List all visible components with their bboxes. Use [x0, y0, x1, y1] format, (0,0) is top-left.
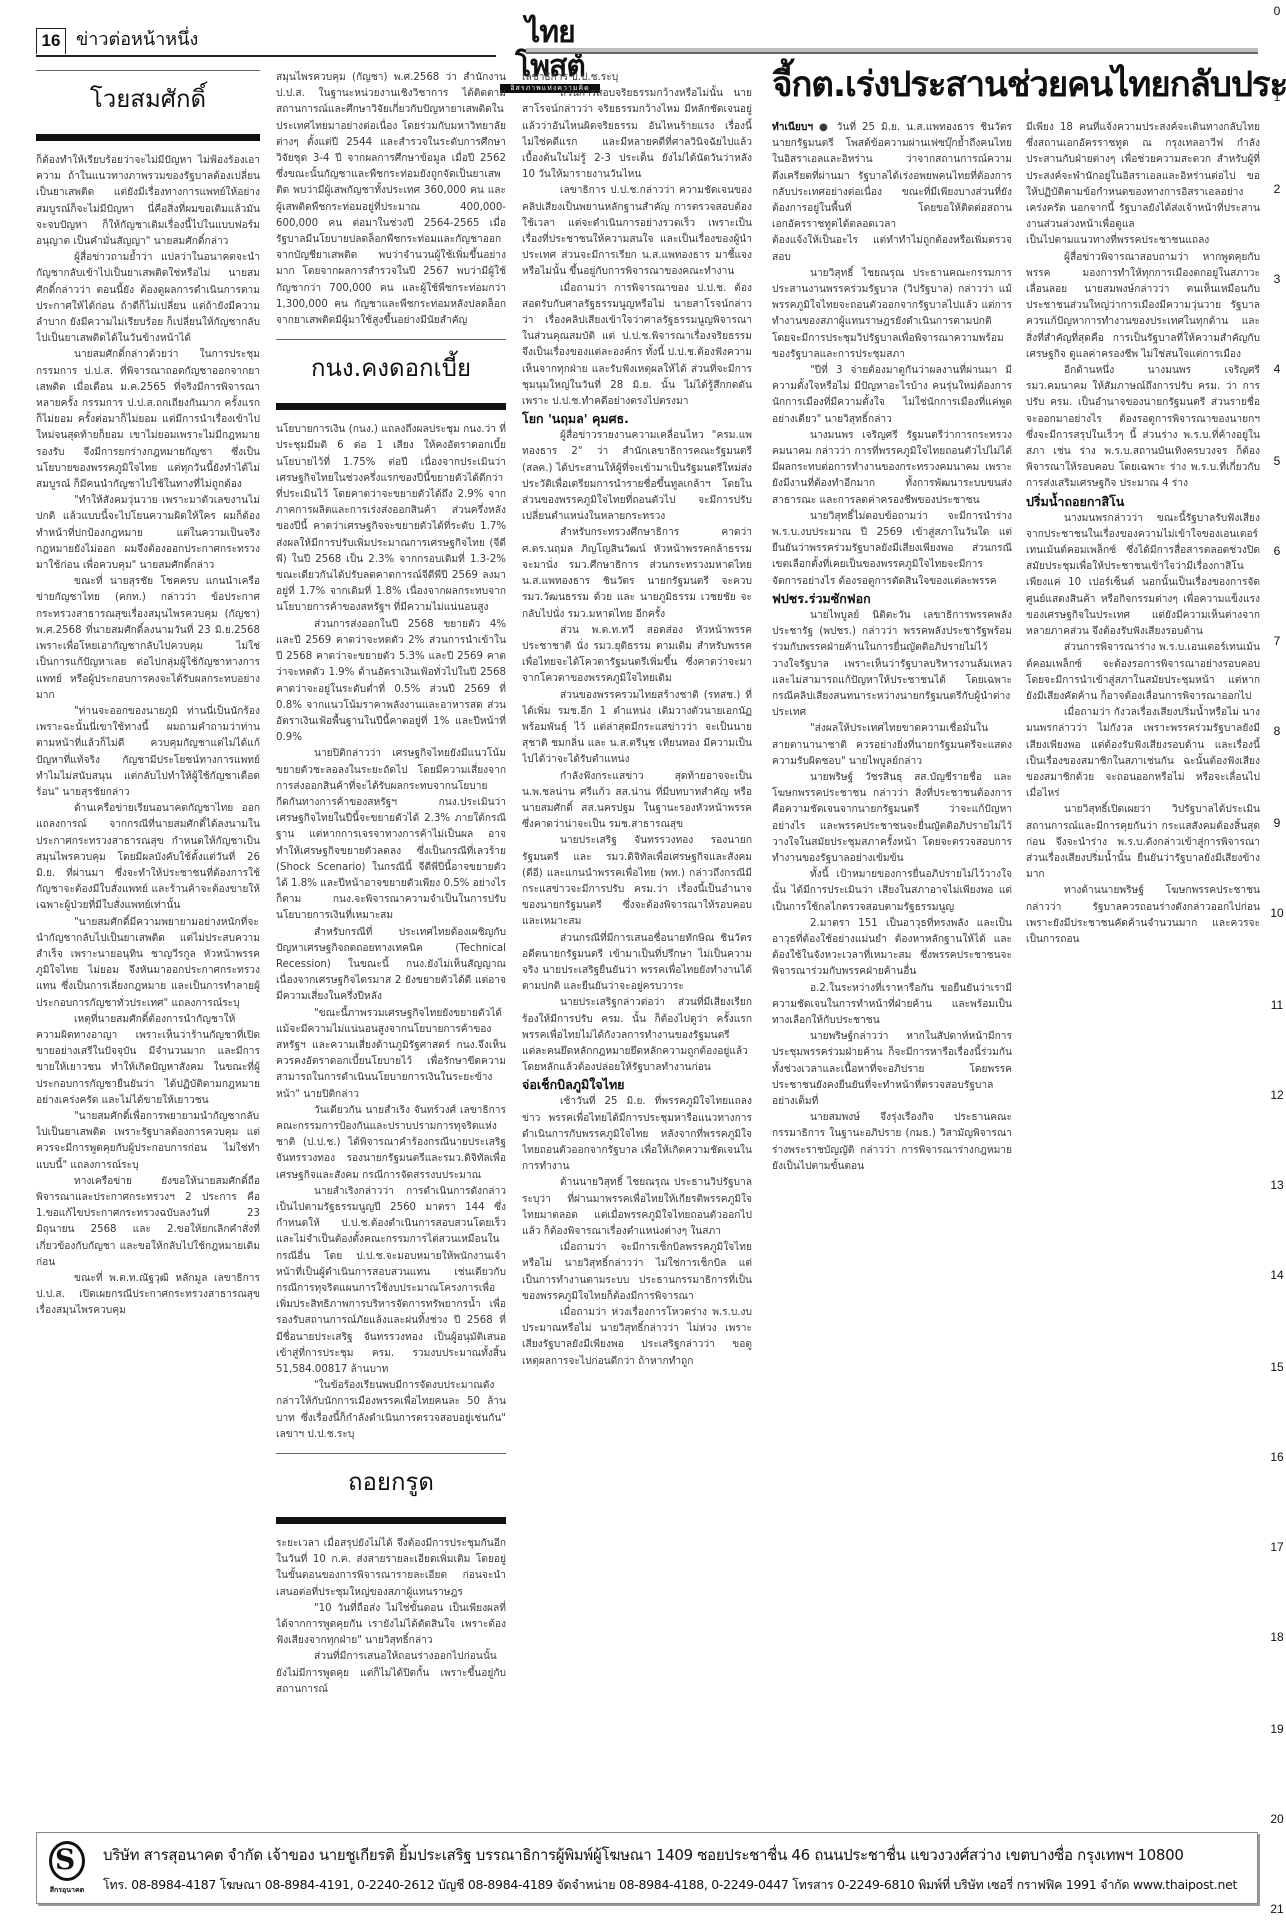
column-5: มีเพียง 18 คนที่แจ้งความประสงค์จะเดินทาง…: [1026, 120, 1260, 1800]
imprint-line-1: บริษัท สารสุอนาคต จำกัด เจ้าของ นายชูเกี…: [103, 1843, 1184, 1867]
paragraph: ผู้สื่อข่าวรายงานความเคลื่อนไหว "ครม.แพท…: [522, 428, 752, 525]
header-rule: [36, 55, 496, 57]
paragraph: "ในข้อร้องเรียนพบมีการจัดงบประมาณดังกล่า…: [276, 1378, 506, 1443]
paragraph: ระยะเวลา เมื่อสรุปยังไม่ได้ จึงต้องมีการ…: [276, 1536, 506, 1601]
paragraph: นายสมศักดิ์กล่าวด้วยว่า ในการประชุมกรรมก…: [36, 347, 260, 493]
newspaper-page: 16 ข่าวต่อหน้าหนึ่ง ไทยโพสต์ อิสรภาพแห่ง…: [0, 0, 1286, 1920]
paragraph: มีเพียง 18 คนที่แจ้งความประสงค์จะเดินทาง…: [1026, 120, 1260, 233]
subheading: จ่อเช็กบิลภูมิใจไทย: [522, 1076, 752, 1094]
paragraph: สำหรับกระทรวงศึกษาธิการ คาดว่า ศ.ดร.นฤมล…: [522, 525, 752, 622]
paragraph: ส่วนที่มีการเสนอให้ถอนร่างออกไปก่อนนั้น …: [276, 1649, 506, 1698]
paragraph: ขณะที่ นายสุรชัย โชคครบ แกนนำเครือข่ายกั…: [36, 574, 260, 704]
paragraph: นายสำเริงกล่าวว่า การดำเนินการดังกล่าวเป…: [276, 1184, 506, 1378]
header-rule-right: [526, 48, 1258, 54]
dateline: ทำเนียบฯ: [772, 122, 813, 133]
ruler-mark: 12: [1268, 1088, 1286, 1102]
paragraph: ทางด้านนายพริษฐ์ โฆษกพรรคประชาชน กล่าวว่…: [1026, 883, 1260, 948]
paragraph: เหตุที่นายสมศักดิ์ต้องการนำกัญชาให้ความผ…: [36, 1012, 260, 1109]
paragraph: ส่วนการพิจารณาร่าง พ.ร.บ.เอนเตอร์เทนเม้น…: [1026, 640, 1260, 705]
ruler-mark: 21: [1268, 1902, 1286, 1916]
paragraph: สำหรับกรณีที่ ประเทศไทยต้องเผชิญกับปัญหา…: [276, 925, 506, 1006]
paragraph: นายพริษฐ์ วัชรสินธุ สส.บัญชีรายชื่อ และโ…: [772, 770, 1012, 867]
ruler-mark: 1: [1268, 90, 1286, 104]
ruler-mark: 7: [1268, 634, 1286, 648]
paragraph: ด้านนายวิสุทธิ์ ไชยณรุณ ประธานวิปรัฐบาล …: [522, 1175, 752, 1240]
paragraph: เป็นไปตามแนวทางที่พรรคประชาชนแถลง: [1026, 233, 1260, 249]
story-box-title: โวยสมศักดิ์: [36, 70, 260, 130]
publisher-logo-icon: S สีกรอุนาคต: [47, 1841, 87, 1897]
paragraph: เช้าวันที่ 25 มิ.ย. ที่พรรคภูมิใจไทยแถลง…: [522, 1094, 752, 1175]
ruler-mark: 3: [1268, 272, 1286, 286]
column-2: สมุนไพรควบคุม (กัญชา) พ.ศ.2568 ว่า สำนัก…: [276, 70, 506, 1800]
paragraph: เมื่อถามว่า กังวลเรื่องเสียงปริ่มน้ำหรือ…: [1026, 705, 1260, 802]
ruler-mark: 2: [1268, 182, 1286, 196]
paragraph: วันเดียวกัน นายสำเริง จันทร์วงศ์ เลขาธิก…: [276, 1103, 506, 1184]
ruler-mark: 11: [1268, 998, 1286, 1012]
ruler-mark: 14: [1268, 1268, 1286, 1282]
paragraph: ขณะที่ พ.ต.ท.ณัฐวุฒิ หลักมูล เลขาธิการ ป…: [36, 1271, 260, 1320]
paragraph: นายประเสริฐกล่าวต่อว่า ส่วนที่มีเสียงเรี…: [522, 995, 752, 1076]
ruler-mark: 0: [1268, 4, 1286, 18]
paragraph: เมื่อถามว่า จะมีการเช็กบิลพรรคภูมิใจไทยห…: [522, 1240, 752, 1305]
paragraph: นางมนพรกล่าวว่า ขณะนี้รัฐบาลรับฟังเสียงจ…: [1026, 511, 1260, 641]
box-rule: [276, 1517, 506, 1524]
lead-text: วันที่ 25 มิ.ย. น.ส.แพทองธาร ชินวัตร นาย…: [772, 122, 1012, 230]
paragraph: นางมนพร เจริญศรี รัฐมนตรีว่าการกระทรวงคม…: [772, 428, 1012, 509]
ruler-mark: 19: [1268, 1722, 1286, 1736]
paragraph: นายประเสริฐ จันทรรวงทอง รองนายกรัฐมนตรี …: [522, 833, 752, 930]
paragraph: นายพริษฐ์กล่าวว่า หากในสัปดาห์หน้ามีการป…: [772, 1029, 1012, 1110]
paragraph: สมุนไพรควบคุม (กัญชา) พ.ศ.2568 ว่า สำนัก…: [276, 70, 506, 329]
subheading: โยก 'นฤมล' คุมศธ.: [522, 410, 752, 428]
paragraph: นายวิสุทธิ์เปิดเผยว่า วิปรัฐบาลได้ประเมิ…: [1026, 802, 1260, 883]
section-title: ข่าวต่อหน้าหนึ่ง: [76, 28, 198, 52]
paragraph: นายวิสุทธิ์ ไชยณรุณ ประธานคณะกรรมการประส…: [772, 266, 1012, 363]
paragraph: ทางเครือข่าย ยังขอให้นายสมศักดิ์ถือพิจาร…: [36, 1174, 260, 1271]
logo-caption: สีกรอุนาคต: [43, 1885, 91, 1896]
paragraph: "ทำให้สังคมวุ่นวาย เพราะมาตัวเลขงานไม่ปก…: [36, 493, 260, 574]
paragraph: ส่วนการส่งออกในปี 2568 ขยายตัว 4% และปี …: [276, 617, 506, 747]
paragraph: 2.มาตรา 151 เป็นอาวุธที่ทรงพลัง และเป็นอ…: [772, 916, 1012, 981]
subheading: ฟปชร.ร่วมซักฟอก: [772, 590, 1012, 608]
lead-paragraph: ทำเนียบฯ ● วันที่ 25 มิ.ย. น.ส.แพทองธาร …: [772, 120, 1012, 233]
ruler-mark: 17: [1268, 1540, 1286, 1554]
box-rule: [276, 403, 506, 410]
paragraph: "นายสมศักดิ์เพื่อการพยายามนำกัญชากลับไปเ…: [36, 1109, 260, 1174]
paragraph: เลขาธิการ ป.ป.ช.กล่าวว่า ความชัดเจนของคล…: [522, 183, 752, 280]
subheading: ปริ่มน้ำถอยกาสิโน: [1026, 493, 1260, 511]
logo-s-glyph: S: [55, 1844, 75, 1876]
publisher-imprint: S สีกรอุนาคต บริษัท สารสุอนาคต จำกัด เจ้…: [36, 1832, 1258, 1904]
paragraph: "10 วันที่ถือส่ง ไม่ใช่ขั้นตอน เป็นเพียง…: [276, 1601, 506, 1650]
paragraph: ก็ต้องทำให้เรียบร้อยว่าจะไม่มีปัญหา ไม่ฟ…: [36, 153, 260, 250]
paragraph: ด้านเครือข่ายเรียนอนาคตกัญชาไทย ออกแถลงก…: [36, 801, 260, 914]
paragraph: "ส่งผลให้ประเทศไทยขาดความเชื่อมั่นในสายต…: [772, 721, 1012, 770]
paragraph: เมื่อถามว่า ห่วงเรื่องการโหวตร่าง พ.ร.บ.…: [522, 1305, 752, 1370]
paragraph: อ.2.ในระหว่างที่เราหารือกัน ขอยืนยันว่าเ…: [772, 981, 1012, 1030]
paragraph: ส่วนการสอบจริยธรรมกว้างหรือไม่นั้น นายสา…: [522, 86, 752, 183]
ruler-mark: 4: [1268, 362, 1286, 376]
paragraph: นายไพบูลย์ นิติตะวัน เลขาธิการพรรคพลังปร…: [772, 608, 1012, 721]
ruler-mark: 6: [1268, 544, 1286, 558]
paragraph: นายปิติกล่าวว่า เศรษฐกิจไทยยังมีแนวโน้มข…: [276, 746, 506, 924]
paragraph: ทั้งนี้ เป้าหมายของการยื่นอภิปรายไม่ไว้ว…: [772, 867, 1012, 916]
page-number: 16: [36, 28, 66, 54]
ruler-mark: 15: [1268, 1360, 1286, 1374]
paragraph: อีกด้านหนึ่ง นางมนพร เจริญศรี รมว.คมนาคม…: [1026, 363, 1260, 493]
paragraph: นโยบายการเงิน (กนง.) แถลงถึงผลประชุม กนง…: [276, 422, 506, 616]
column-4: ทำเนียบฯ ● วันที่ 25 มิ.ย. น.ส.แพทองธาร …: [772, 120, 1012, 1800]
ruler-mark: 9: [1268, 816, 1286, 830]
story-box-title: กนง.คงดอกเบี้ย: [276, 339, 506, 399]
main-headline: จี้กต.เร่งประสานช่วยคนไทยกลับประเทศ: [772, 62, 1260, 108]
ruler-mark: 8: [1268, 724, 1286, 738]
paragraph: นายวิสุทธิ์ไม่ตอบข้อถามว่า จะมีการนำร่าง…: [772, 509, 1012, 590]
paragraph: "ปีที่ 3 จ่ายต้องมาดูกันว่าผลงานที่ผ่านม…: [772, 363, 1012, 428]
paragraph: ส่วน พ.ต.ท.ทวี สอดส่อง หัวหน้าพรรคประชาช…: [522, 623, 752, 688]
story-box-title: ถอยกรูด: [276, 1453, 506, 1513]
ruler-mark: 20: [1268, 1812, 1286, 1826]
imprint-line-2: โทร. 08-8984-4187 โฆษณา 08-8984-4191, 0-…: [103, 1875, 1237, 1895]
paragraph: ส่วนกรณีที่มีการเสนอชื่อนายทักษิณ ชินวัต…: [522, 931, 752, 996]
ruler-mark: 13: [1268, 1178, 1286, 1192]
paragraph: ส่วนของพรรครวมไทยสร้างชาติ (รทสช.) ที่ได…: [522, 688, 752, 769]
paragraph: กำลังฟังกระแสข่าว สุดท้ายอาจจะเป็น น.พ.ช…: [522, 769, 752, 834]
paragraph: ต้องแจ้งให้เป็นอะไร แต่ทำทำไม่ถูกต้องหรื…: [772, 233, 1012, 265]
paragraph: นายสมพงษ์ จึงรุ่งเรืองกิจ ประธานคณะกรรมา…: [772, 1110, 1012, 1175]
paragraph: ผู้สื่อข่าวพิจารณาสอบถามว่า หากพูดคุยกับ…: [1026, 250, 1260, 363]
ruler-mark: 18: [1268, 1630, 1286, 1644]
ruler-mark: 10: [1268, 906, 1286, 920]
paragraph: เลขาธิการ ป.ป.ช.ระบุ: [522, 70, 752, 86]
paragraph: เมื่อถามว่า การพิจารณาของ ป.ป.ช. ต้องสอด…: [522, 281, 752, 411]
paragraph: "ขณะนี้ภาพรวมเศรษฐกิจไทยยังขยายตัวได้ แม…: [276, 1006, 506, 1103]
page-header: 16 ข่าวต่อหน้าหนึ่ง ไทยโพสต์ อิสรภาพแห่ง…: [36, 22, 1256, 56]
paragraph: ผู้สื่อข่าวถามย้ำว่า แปลว่าในอนาคตจะนำกั…: [36, 250, 260, 347]
paragraph: "ท่านจะออกของนายภูมิ ท่านนี่เป็นนักร้อง …: [36, 704, 260, 801]
ruler-mark: 16: [1268, 1450, 1286, 1464]
column-3: เลขาธิการ ป.ป.ช.ระบุ ส่วนการสอบจริยธรรมก…: [522, 70, 752, 1800]
box-rule: [36, 134, 260, 141]
ruler-mark: 5: [1268, 454, 1286, 468]
paragraph: "นายสมศักดิ์มีความพยายามอย่างหนักที่จะนำ…: [36, 915, 260, 1012]
column-1: โวยสมศักดิ์ ก็ต้องทำให้เรียบร้อยว่าจะไม่…: [36, 70, 260, 1800]
